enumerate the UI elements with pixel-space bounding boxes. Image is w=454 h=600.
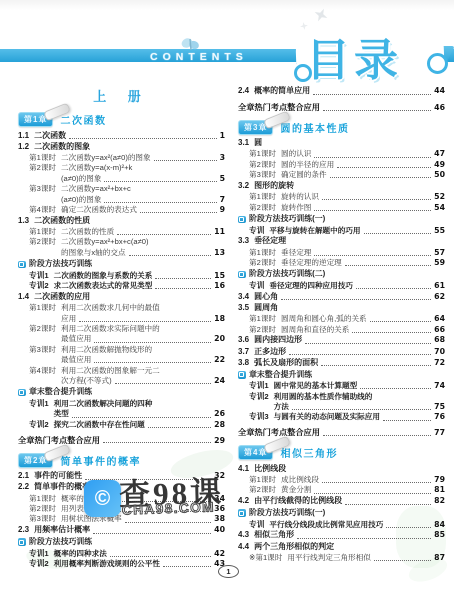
special-training-entry: 专训垂径定理的四种应用技巧61 [238,281,445,291]
book-icon-inner [239,217,244,222]
page-number: 87 [434,553,445,563]
lesson-entry: 第1课时成比例线段79 [238,475,445,485]
lesson-entry: 第1课时二次函数y=ax²(a≠0)的图象3 [18,153,225,163]
toc-entry-body: 正多边形70 [254,347,445,358]
toc-entry-body: 二次函数的应用 [34,292,225,303]
page-number: 16 [214,281,225,291]
page-number: 36 [214,504,225,514]
special-training-entry: 专训平行线分线段成比例常见应用技巧84 [238,520,445,530]
method-training-header: 阶段方法技巧训练 [18,537,225,548]
toc-entry-label: 第4课时 [29,366,56,376]
toc-entry-line: 最值应用20 [61,334,225,344]
dot-leader [370,321,431,322]
toc-entry-text: 圆周角 [254,303,278,314]
toc-entry-body: 利用二次函数的图象解一元二次方程(不等式)24 [61,366,225,387]
page-number: 29 [214,435,225,446]
toc-entry-line: 二次函数的图象与系数的关系15 [54,271,225,281]
dot-leader [103,442,211,443]
page-number: 72 [434,358,445,369]
toc-entry-line: 全章热门考点整合应用29 [18,435,225,446]
toc-entry-text: 圆心角 [254,292,278,303]
toc-entry-text: 概率的简单应用 [254,86,310,97]
dot-leader [374,560,431,561]
dot-leader [281,299,431,300]
page-number: 26 [214,409,225,419]
section-entry: 3.2图形的旋转 [238,181,445,192]
dot-leader [313,94,431,95]
toc-entry-line: 图形的旋转 [254,181,445,192]
toc-entry-body: 圆周角 [254,303,445,314]
toc-entry-text: 圆周角和圆心角,弧的关系 [281,314,367,324]
dot-leader [314,493,431,494]
toc-entry-label: 第1课时 [29,303,56,313]
toc-entry-text: 方法 [274,402,289,412]
section-entry: 2.2简单事件的概率 [18,482,225,493]
lesson-entry: 第2课时圆周角和直径的关系66 [238,325,445,335]
toc-entry-label: 专训1 [249,381,269,391]
section-entry: 3.1圆 [238,138,445,149]
toc-entry-body: 圆的认识47 [281,149,445,159]
dot-leader [163,566,211,567]
toc-entry-body: 垂径定理 [254,236,445,247]
toc-entry-body: 简单事件的概率 [34,482,225,493]
toc-entry-line: 用频率估计概率40 [34,525,225,536]
method-training-title: 阶段方法技巧训练(一) [249,214,325,225]
toc-entry-line: 利用二次函数解决问题的四种 [54,399,225,409]
toc-entry-body: 用频率估计概率40 [34,525,225,536]
dot-leader [104,202,216,203]
toc-entry-body: 相似三角形85 [254,530,445,541]
special-training-entry: 专训2求二次函数表达式的常见类型16 [18,281,225,291]
book-icon-inner [239,511,244,516]
toc-entry-label: 专训 [249,226,264,236]
toc-entry-line: 二次函数的性质 [34,216,225,227]
toc-entry-line: 全章热门考点整合应用77 [238,427,445,438]
toc-entry-label: 4.1 [238,464,249,475]
toc-entry-body: 垂径定理的逆定理59 [281,258,445,268]
toc-entry-body: 二次函数的性质11 [61,227,225,237]
right-column: 2.4概率的简单应用44全章热门考点整合应用46第3章圆的基本性质3.1圆第1课… [238,86,445,563]
toc-entry-body: 利用圆的基本性质作辅助线的方法75 [274,392,445,413]
page-number: 54 [434,203,445,213]
toc-entry-text: 求二次函数表达式的常见类型 [54,281,153,291]
toc-entry-line: 二次函数1 [34,131,225,142]
toc-entry-body: 两个三角形相似的判定 [254,542,445,553]
toc-entry-body: 探究二次函数中存在性问题28 [54,420,225,430]
toc-entry-text: 平行线分线段成比例常见应用技巧 [269,520,383,530]
toc-entry-label: 第2课时 [249,258,276,268]
hot-topics-entry: 全章热门考点整合应用46 [238,102,445,113]
lesson-entry: 第3课时确定圆的条件50 [238,170,445,180]
dot-leader [360,388,431,389]
dot-leader [110,556,211,557]
toc-entry-text: 概率的求法 [61,494,99,504]
toc-entry-line: 次方程(不等式)24 [61,376,225,386]
toc-entry-label: 第3课时 [29,345,56,355]
toc-entry-label: 4.3 [238,530,249,541]
page-number: 18 [214,314,225,324]
lesson-entry: 第1课时旋转的认识52 [238,192,445,202]
toc-entry-body: 比例线段 [254,464,445,475]
toc-entry-text: 圆的认识 [281,149,311,159]
toc-entry-text: 全章热门考点整合应用 [18,435,100,446]
dot-leader [321,365,431,366]
toc-entry-line: 利用概率判断游戏规则的公平性43 [54,559,225,569]
toc-entry-line: 应用18 [61,314,225,324]
page-number: 40 [214,525,225,536]
page-number: 62 [434,292,445,303]
toc-entry-label: 专训 [249,281,264,291]
toc-entry-line: 利用二次函数求实际问题中的 [61,324,225,334]
toc-entry-label: 1.4 [18,292,29,303]
dot-leader [352,332,431,333]
dot-leader [314,210,431,211]
page-number: 82 [434,496,445,507]
toc-entry-text: 用树状图法求概率 [61,514,122,524]
lesson-entry: 第3课时用树状图法求概率38 [18,514,225,524]
toc-entry-label: 第1课时 [29,153,56,163]
toc-entry-text: 垂径定理的逆定理 [281,258,342,268]
toc-entry-label: 3.2 [238,181,249,192]
toc-entry-text: 二次函数y=a(x-m)²+k [61,163,132,173]
toc-entry-line: 利用二次函数求几何中的最值 [61,303,225,313]
lesson-entry: 第1课时垂径定理57 [238,248,445,258]
lesson-entry: 第3课时二次函数y=ax²+bx+c(a≠0)的图象7 [18,184,225,205]
page-number: 47 [434,149,445,159]
toc-logo-text: 目录 [306,24,402,88]
method-training-header: 章末整合提升训练 [18,387,225,398]
dot-leader [305,343,431,344]
method-training-header: 阶段方法技巧训练(一) [238,214,445,225]
section-entry: 3.3垂径定理 [238,236,445,247]
dot-leader [115,383,212,384]
toc-entry-label: 3.4 [238,292,249,303]
toc-entry-line: 垂径定理 [254,236,445,247]
toc-entry-text: (a≠0)的图象 [61,174,101,184]
book-icon-inner [19,262,24,267]
toc-entry-line: 全章热门考点整合应用46 [238,102,445,113]
page-number: 38 [214,514,225,524]
special-training-entry: 专训2探究二次函数中存在性问题28 [18,420,225,430]
toc-entry-body: 圆中常见的基本计算题型74 [274,381,445,391]
method-training-header: 阶段方法技巧训练(一) [238,508,445,519]
section-entry: 4.4两个三角形相似的判定 [238,542,445,553]
toc-entry-label: 第2课时 [29,163,56,173]
toc-entry-label: 第2课时 [249,203,276,213]
lesson-entry: 第1课时圆周角和圆心角,弧的关系64 [238,314,445,324]
chapter-header: 第4章相似三角形 [238,445,445,460]
dot-leader [337,167,431,168]
lesson-entry: 第2课时圆的半径的应用49 [238,160,445,170]
book-icon [238,509,246,517]
lesson-entry: 第2课时二次函数y=a(x-m)²+k(a≠0)的图象5 [18,163,225,184]
page-number: 46 [434,102,445,113]
lesson-entry: 第4课时利用二次函数的图象解一元二次方程(不等式)24 [18,366,225,387]
toc-entry-text: 正多边形 [254,347,286,358]
toc-entry-text: 最值应用 [61,334,91,344]
toc-entry-line: 确定圆的条件50 [281,170,445,180]
toc-entry-line: 二次函数y=a(x-m)²+k [61,163,225,173]
toc-entry-text: 事件的可能性 [34,471,82,482]
toc-entry-line: 利用圆的基本性质作辅助线的 [274,392,445,402]
page-number: 81 [434,485,445,495]
special-training-entry: 专训1利用二次函数解决问题的四种类型26 [18,399,225,420]
toc-entry-line: 二次函数的应用 [34,292,225,303]
dot-leader [94,362,211,363]
toc-entry-body: 用平行线判定三角形相似87 [287,553,445,563]
toc-entry-text: 概率的四种求法 [54,549,107,559]
toc-entry-text: 二次函数的性质 [34,216,90,227]
toc-entry-text: 利用圆的基本性质作辅助线的 [274,392,373,402]
toc-entry-body: 确定二次函数的表达式9 [61,205,225,215]
toc-entry-label: 4.2 [238,496,249,507]
toc-entry-line: 用平行线判定三角形相似87 [287,553,445,563]
page-number-badge: 1 [218,565,239,578]
dot-leader [93,533,211,534]
toc-entry-text: 与圆有关的动态问题及实际应用 [274,412,380,422]
toc-entry-label: 专训2 [29,559,49,569]
toc-entry-body: 全章热门考点整合应用77 [238,427,445,438]
toc-entry-label: 专训 [249,520,264,530]
toc-entry-text: 圆 [254,138,262,149]
toc-entry-text: 确定二次函数的表达式 [61,205,137,215]
toc-entry-line: 正多边形70 [254,347,445,358]
toc-entry-label: 专训2 [29,420,49,430]
page-number: 64 [434,314,445,324]
toc-entry-body: 利用二次函数解抛物线形的最值应用22 [61,345,225,366]
toc-entry-body: 垂径定理57 [281,248,445,258]
dot-leader [289,354,431,355]
toc-entry-label: 第3课时 [249,170,276,180]
toc-entry-line: 二次函数y=ax²+bx+c [61,184,225,194]
dot-leader [129,255,212,256]
dot-leader [330,177,432,178]
toc-entry-text: 圆中常见的基本计算题型 [274,381,358,391]
lesson-entry: 第2课时二次函数y=ax²+bx+c(a≠0)的图象与x轴的交点13 [18,237,225,258]
method-training-header: 阶段方法技巧训练 [18,259,225,270]
page-number: 66 [434,325,445,335]
toc-entry-label: 第2课时 [249,160,276,170]
section-entry: 1.1二次函数1 [18,131,225,142]
toc-entry-line: 圆的认识47 [281,149,445,159]
chapter-header: 第1章二次函数 [18,112,225,127]
book-icon-inner [19,540,24,545]
special-training-entry: 专训3与圆有关的动态问题及实际应用76 [238,412,445,422]
book-icon [238,371,246,379]
toc-entry-body: 全章热门考点整合应用46 [238,102,445,113]
toc-entry-line: 垂径定理57 [281,248,445,258]
toc-entry-line: 概率的四种求法42 [54,549,225,559]
dot-leader [386,527,431,528]
toc-entry-body: 平移与旋转在解题中的巧用55 [269,226,445,236]
toc-entry-text: 由平行线截得的比例线段 [254,496,342,507]
section-entry: 2.1事件的可能性32 [18,471,225,482]
dot-leader [140,212,217,213]
toc-entry-line: 用列表法求概率36 [61,504,225,514]
toc-entry-label: 第3课时 [29,184,56,194]
toc-entry-body: 利用二次函数求几何中的最值应用18 [61,303,225,324]
dot-leader [155,288,211,289]
dot-leader [322,199,431,200]
toc-entry-body: 弧长及扇形的面积72 [254,358,445,369]
toc-entry-line: 由平行线截得的比例线段82 [254,496,445,507]
chapter-title: 相似三角形 [280,445,338,460]
toc-entry-text: 探究二次函数中存在性问题 [54,420,145,430]
page-number: 7 [220,195,225,205]
toc-entry-text: 利用概率判断游戏规则的公平性 [54,559,160,569]
page-number: 84 [434,520,445,530]
toc-entry-line: 与圆有关的动态问题及实际应用76 [274,412,445,422]
toc-entry-label: 第1课时 [249,475,276,485]
toc-entry-label: 第2课时 [29,324,56,334]
toc-entry-line: 利用二次函数的图象解一元二 [61,366,225,376]
hot-topics-entry: 全章热门考点整合应用77 [238,427,445,438]
toc-entry-line: 圆周角 [254,303,445,314]
toc-entry-line: 二次函数的性质11 [61,227,225,237]
toc-entry-text: 类型 [54,409,69,419]
toc-entry-label: 3.5 [238,303,249,314]
chapter-header: 第2章简单事件的概率 [18,453,225,468]
toc-entry-label: 1.1 [18,131,29,142]
page-number: 76 [434,412,445,422]
page-number: 34 [214,494,225,504]
page-number: 68 [434,335,445,346]
method-training-title: 阶段方法技巧训练(二) [249,269,325,280]
page-number: 75 [434,402,445,412]
toc-entry-line: 平移与旋转在解题中的巧用55 [269,226,445,236]
page-number: 22 [214,355,225,365]
dot-leader [314,255,431,256]
lesson-entry: 第1课时概率的求法34 [18,494,225,504]
toc-entry-text: 圆的半径的应用 [281,160,334,170]
toc-entry-label: 第2课时 [249,485,276,495]
toc-entry-label: 3.3 [238,236,249,247]
scan-shading [0,0,454,10]
toc-entry-text: (a≠0)的图象 [61,195,101,205]
toc-entry-text: 利用二次函数求几何中的最值 [61,303,160,313]
toc-entry-text: 二次函数y=ax²+bx+c(a≠0) [61,237,149,247]
book-icon [18,389,26,397]
dot-leader [383,420,431,421]
book-icon [238,271,246,279]
page-number: 32 [214,471,225,482]
toc-entry-label: 第2课时 [249,325,276,335]
toc-entry-line: 求二次函数表达式的常见类型16 [54,281,225,291]
toc-entry-label: 4.4 [238,542,249,553]
lesson-entry: 第2课时利用二次函数求实际问题中的最值应用20 [18,324,225,345]
toc-entry-text: 圆内接四边形 [254,335,302,346]
toc-entry-body: 全章热门考点整合应用29 [18,435,225,446]
special-training-entry: 专训平移与旋转在解题中的巧用55 [238,226,445,236]
toc-entry-body: 二次函数y=a(x-m)²+k(a≠0)的图象5 [61,163,225,184]
toc-entry-line: 概率的求法34 [61,494,225,504]
toc-entry-body: 二次函数1 [34,131,225,142]
toc-entry-body: 利用概率判断游戏规则的公平性43 [54,559,225,569]
toc-entry-line: 圆周角和圆心角,弧的关系64 [281,314,445,324]
page-number: 1 [220,131,225,142]
toc-entry-text: 利用二次函数求实际问题中的 [61,324,160,334]
page-number: 85 [434,530,445,541]
toc-entry-label: 第1课时 [29,227,56,237]
page-number: 44 [434,86,445,97]
page-number: 57 [434,248,445,258]
page-number: 24 [214,376,225,386]
dot-leader [323,110,431,111]
toc-entry-text: 二次函数y=ax²+bx+c [61,184,131,194]
lesson-entry: ※第1课时用平行线判定三角形相似87 [238,553,445,563]
toc-entry-body: 二次函数的图象与系数的关系15 [54,271,225,281]
method-training-title: 章末整合提升训练 [249,370,312,381]
dot-leader [345,504,431,505]
book-icon [18,538,26,546]
section-entry: 3.4圆心角62 [238,292,445,303]
toc-entry-line: 旋转的认识52 [281,192,445,202]
lesson-entry: 第2课时黄金分割81 [238,485,445,495]
toc-entry-line: 二次函数y=ax²+bx+c(a≠0) [61,237,225,247]
lesson-entry: 第2课时垂径定理的逆定理59 [238,258,445,268]
toc-entry-text: 二次函数的性质 [61,227,114,237]
toc-entry-line: 二次函数y=ax²(a≠0)的图象3 [61,153,225,163]
toc-entry-line: 确定二次函数的表达式9 [61,205,225,215]
lesson-entry: 第2课时用列表法求概率36 [18,504,225,514]
toc-entry-line: 圆内接四边形68 [254,335,445,346]
toc-entry-label: 2.1 [18,471,29,482]
toc-entry-label: 2.2 [18,482,29,493]
dot-leader [154,160,217,161]
dot-leader [356,288,431,289]
toc-entry-text: 二次函数y=ax²(a≠0)的图象 [61,153,151,163]
left-toc-list: 第1章二次函数1.1二次函数11.2二次函数的图象第1课时二次函数y=ax²(a… [18,112,225,569]
toc-entry-label: 第1课时 [249,192,276,202]
toc-entry-label: 专训2 [29,281,49,291]
toc-entry-text: 相似三角形 [254,530,294,541]
toc-entry-text: 图形的旋转 [254,181,294,192]
toc-entry-body: 圆的半径的应用49 [281,160,445,170]
toc-entry-body: 用列表法求概率36 [61,504,225,514]
toc-entry-text: 用列表法求概率 [61,504,114,514]
lesson-entry: 第1课时利用二次函数求几何中的最值应用18 [18,303,225,324]
dot-leader [72,417,211,418]
special-training-entry: 专训1圆中常见的基本计算题型74 [238,381,445,391]
toc-entry-label: 第1课时 [29,494,56,504]
toc-entry-body: 成比例线段79 [281,475,445,485]
lesson-entry: 第1课时圆的认识47 [238,149,445,159]
toc-entry-body: 黄金分割81 [281,485,445,495]
toc-entry-text: 利用二次函数的图象解一元二 [61,366,160,376]
toc-entry-line: 平行线分线段成比例常见应用技巧84 [269,520,445,530]
toc-entry-body: 圆周角和直径的关系66 [281,325,445,335]
hot-topics-entry: 全章热门考点整合应用29 [18,435,225,446]
page-number: 55 [434,226,445,236]
dot-leader [85,479,211,480]
toc-entry-line: 黄金分割81 [281,485,445,495]
toc-entry-line: 简单事件的概率 [34,482,225,493]
toc-entry-line: 的图象与x轴的交点13 [61,248,225,258]
toc-entry-body: 圆 [254,138,445,149]
toc-entry-body: 概率的四种求法42 [54,549,225,559]
toc-entry-label: 专训2 [249,392,269,402]
page-number: 74 [434,381,445,391]
dot-leader [125,522,211,523]
toc-entry-label: 专训1 [29,271,49,281]
lesson-entry: 第4课时确定二次函数的表达式9 [18,205,225,215]
toc-entry-body: 事件的可能性32 [34,471,225,482]
toc-entry-text: 成比例线段 [281,475,319,485]
dot-leader [79,321,211,322]
toc-entry-label: 3.1 [238,138,249,149]
toc-logo: 目录 [292,22,448,88]
toc-entry-text: 用平行线判定三角形相似 [287,553,371,563]
